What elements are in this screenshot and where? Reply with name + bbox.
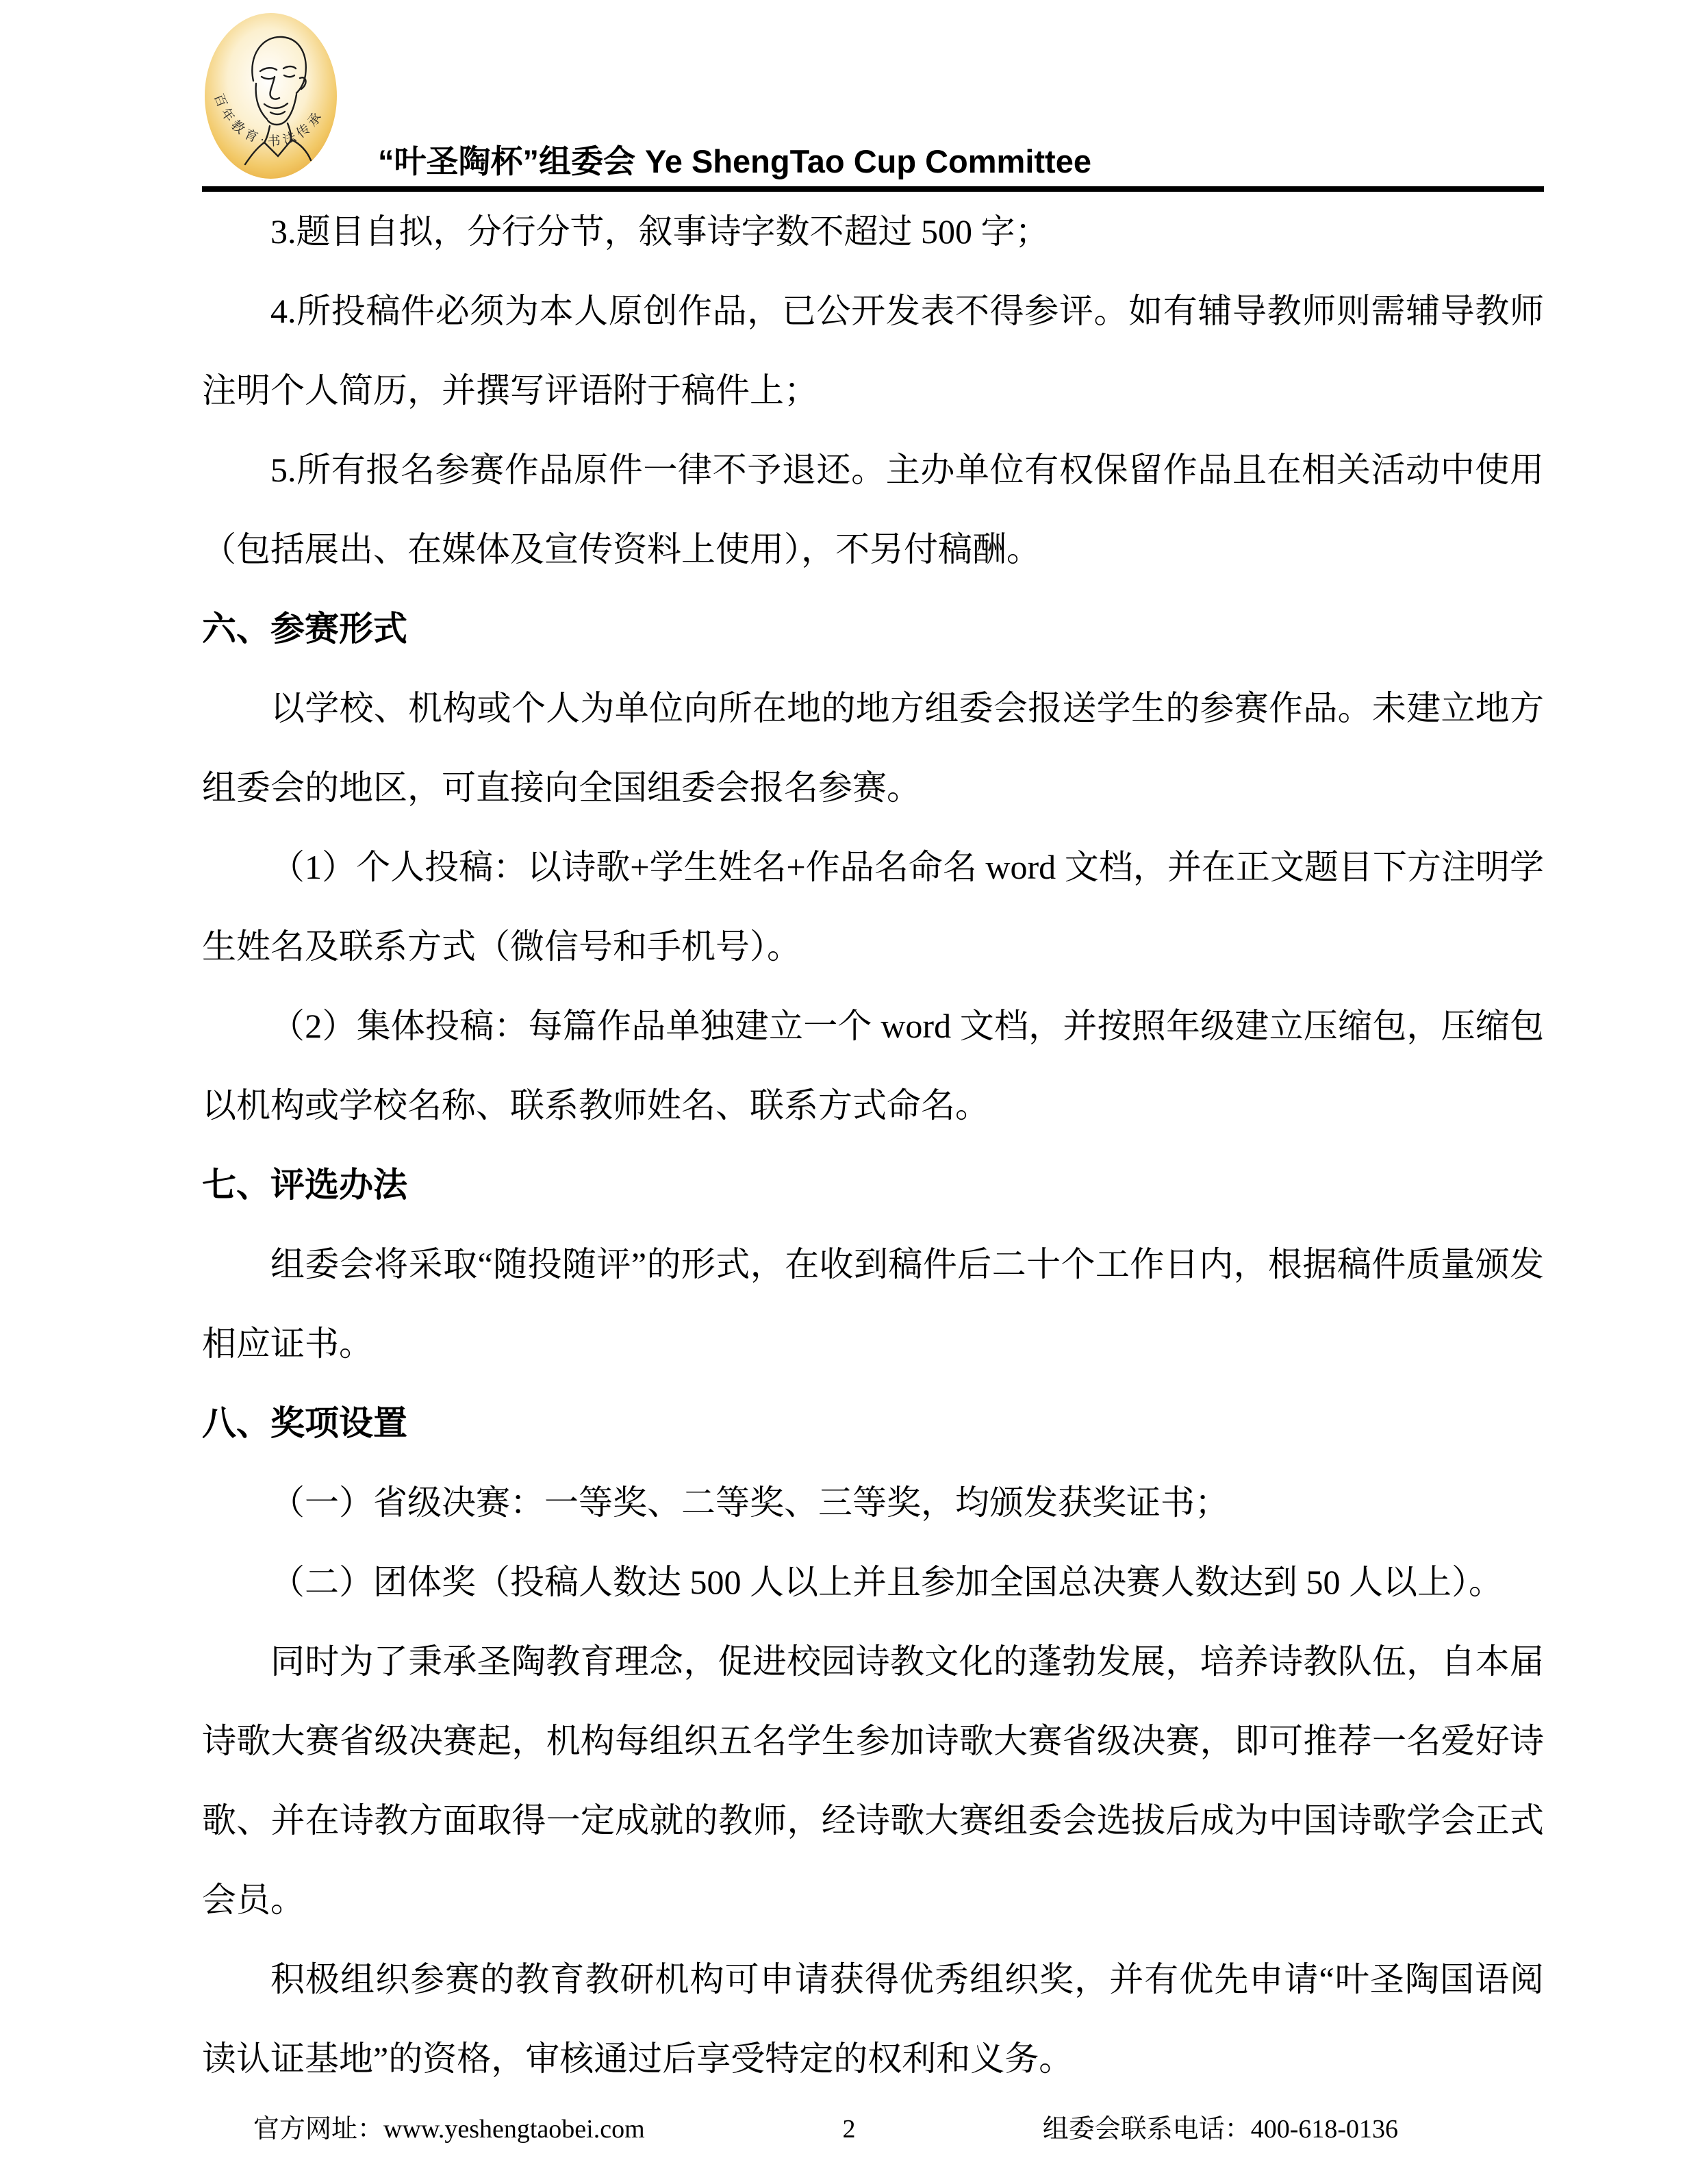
body-paragraph: （二）团体奖（投稿人数达 500 人以上并且参加全国总决赛人数达到 50 人以上… [202,1542,1544,1622]
body-paragraph: 4.所投稿件必须为本人原创作品，已公开发表不得参评。如有辅导教师则需辅导教师注明… [202,271,1544,430]
body-paragraph: （2）集体投稿：每篇作品单独建立一个 word 文档，并按照年级建立压缩包，压缩… [202,986,1544,1145]
section-heading: 八、奖项设置 [202,1383,1544,1463]
page-footer: 官方网址：www.yeshengtaobei.com 2 组委会联系电话：400… [0,2113,1698,2154]
footer-website: 官方网址：www.yeshengtaobei.com [253,2113,645,2146]
footer-page-number: 2 [815,2113,883,2146]
body-paragraph: 3.题目自拟，分行分节，叙事诗字数不超过 500 字； [202,192,1544,271]
body-paragraph: （1）个人投稿：以诗歌+学生姓名+作品名命名 word 文档，并在正文题目下方注… [202,827,1544,986]
body-paragraph: 组委会将采取“随投随评”的形式，在收到稿件后二十个工作日内，根据稿件质量颁发相应… [202,1225,1544,1383]
body-paragraph: 积极组织参赛的教育教研机构可申请获得优秀组织奖，并有优先申请“叶圣陶国语阅读认证… [202,1940,1544,2098]
body-paragraph: 同时为了秉承圣陶教育理念，促进校园诗教文化的蓬勃发展，培养诗教队伍，自本届诗歌大… [202,1622,1544,1940]
footer-phone: 组委会联系电话：400-618-0136 [1043,2113,1398,2146]
header-title: “叶圣陶杯”组委会Ye ShengTao Cup Committee [378,144,1091,179]
section-heading: 六、参赛形式 [202,589,1544,668]
header-title-en: Ye ShengTao Cup Committee [645,143,1091,179]
document-body: 3.题目自拟，分行分节，叙事诗字数不超过 500 字；4.所投稿件必须为本人原创… [202,192,1544,2098]
section-heading: 七、评选办法 [202,1145,1544,1225]
body-paragraph: （一）省级决赛：一等奖、二等奖、三等奖，均颁发获奖证书； [202,1463,1544,1542]
header-title-cn: “叶圣陶杯”组委会 [378,143,635,179]
document-page: 百年教育·书法传承 “叶圣陶杯”组委会Ye ShengTao Cup Commi… [0,0,1698,2184]
header-divider [202,186,1544,192]
body-paragraph: 5.所有报名参赛作品原件一律不予退还。主办单位有权保留作品且在相关活动中使用（包… [202,430,1544,589]
body-paragraph: 以学校、机构或个人为单位向所在地的地方组委会报送学生的参赛作品。未建立地方组委会… [202,668,1544,827]
yeshengtao-logo: 百年教育·书法传承 [204,12,338,180]
